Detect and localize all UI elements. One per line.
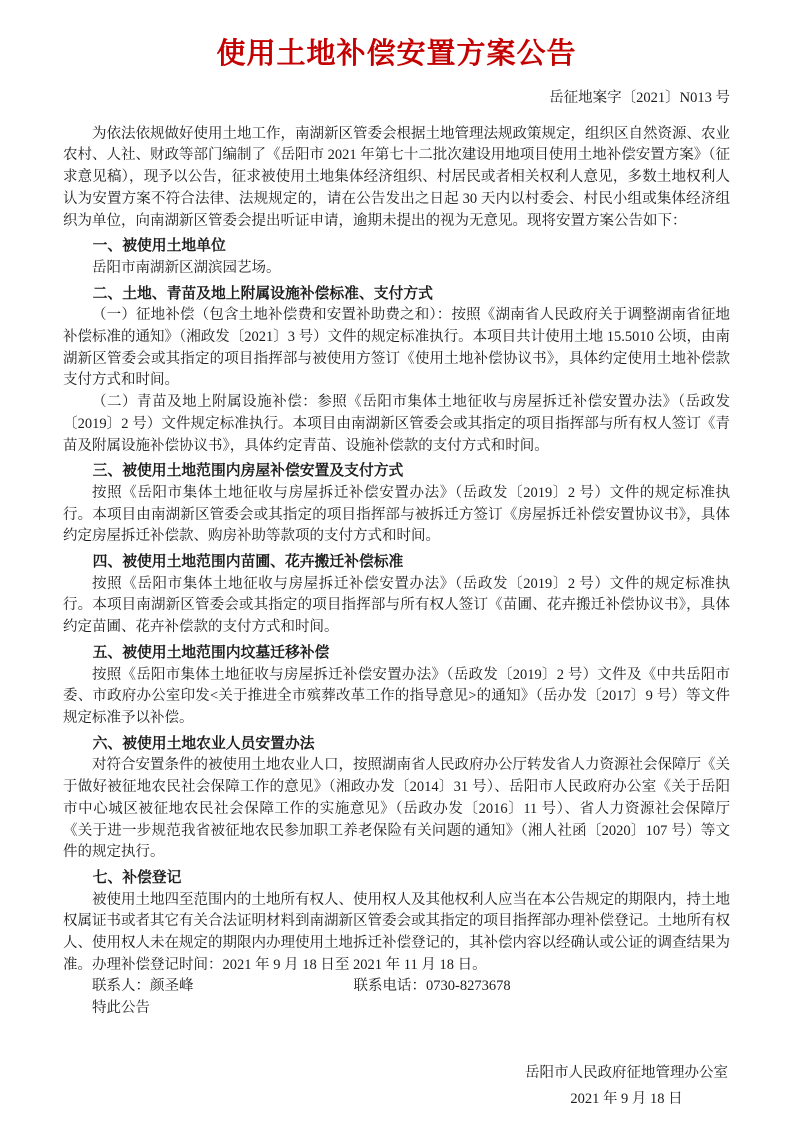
section-6-paragraph: 对符合安置条件的被使用土地农业人口，按照湖南省人民政府办公厅转发省人力资源社会保…	[63, 755, 730, 864]
intro-paragraph: 为依法依规做好使用土地工作，南湖新区管委会根据土地管理法规政策规定，组织区自然资…	[63, 124, 730, 233]
contact-person-name: 颜圣峰	[150, 978, 194, 994]
document-title: 使用土地补偿安置方案公告	[63, 36, 730, 72]
section-6-heading: 六、被使用土地农业人员安置办法	[63, 734, 730, 756]
closing-statement: 特此公告	[63, 998, 730, 1020]
section-3-paragraph: 按照《岳阳市集体土地征收与房屋拆迁补偿安置办法》（岳政发〔2019〕2 号）文件…	[63, 483, 730, 548]
section-1-paragraph: 岳阳市南湖新区湖滨园艺场。	[63, 258, 730, 280]
section-3-heading: 三、被使用土地范围内房屋补偿安置及支付方式	[63, 461, 730, 483]
document-number: 岳征地案字〔2021〕N013 号	[63, 88, 730, 110]
signature-block: 岳阳市人民政府征地管理办公室 2021 年 9 月 18 日	[63, 1060, 730, 1112]
announcement-document: 使用土地补偿安置方案公告 岳征地案字〔2021〕N013 号 为依法依规做好使用…	[0, 0, 793, 1122]
section-2-heading: 二、土地、青苗及地上附属设施补偿标准、支付方式	[63, 284, 730, 306]
section-4-paragraph: 按照《岳阳市集体土地征收与房屋拆迁补偿安置办法》（岳政发〔2019〕2 号）文件…	[63, 574, 730, 639]
contact-person-label: 联系人：	[92, 978, 150, 994]
section-2-paragraph-2: （二）青苗及地上附属设施补偿：参照《岳阳市集体土地征收与房屋拆迁补偿安置办法》（…	[63, 392, 730, 457]
section-5-heading: 五、被使用土地范围内坟墓迁移补偿	[63, 643, 730, 665]
section-7-heading: 七、补偿登记	[63, 868, 730, 890]
contact-phone-label: 联系电话：	[354, 978, 427, 994]
section-1-heading: 一、被使用土地单位	[63, 236, 730, 258]
section-2-paragraph-1: （一）征地补偿（包含土地补偿费和安置补助费之和）：按照《湖南省人民政府关于调整湖…	[63, 305, 730, 392]
signature-date: 2021 年 9 月 18 日	[525, 1086, 728, 1112]
signature-org: 岳阳市人民政府征地管理办公室	[525, 1060, 728, 1086]
contact-line: 联系人：颜圣峰联系电话：0730-8273678	[63, 976, 730, 998]
section-5-paragraph: 按照《岳阳市集体土地征收与房屋拆迁补偿安置办法》（岳政发〔2019〕2 号）文件…	[63, 665, 730, 730]
contact-phone-number: 0730-8273678	[426, 978, 511, 994]
section-4-heading: 四、被使用土地范围内苗圃、花卉搬迁补偿标准	[63, 552, 730, 574]
section-7-paragraph: 被使用土地四至范围内的土地所有权人、使用权人及其他权利人应当在本公告规定的期限内…	[63, 890, 730, 977]
